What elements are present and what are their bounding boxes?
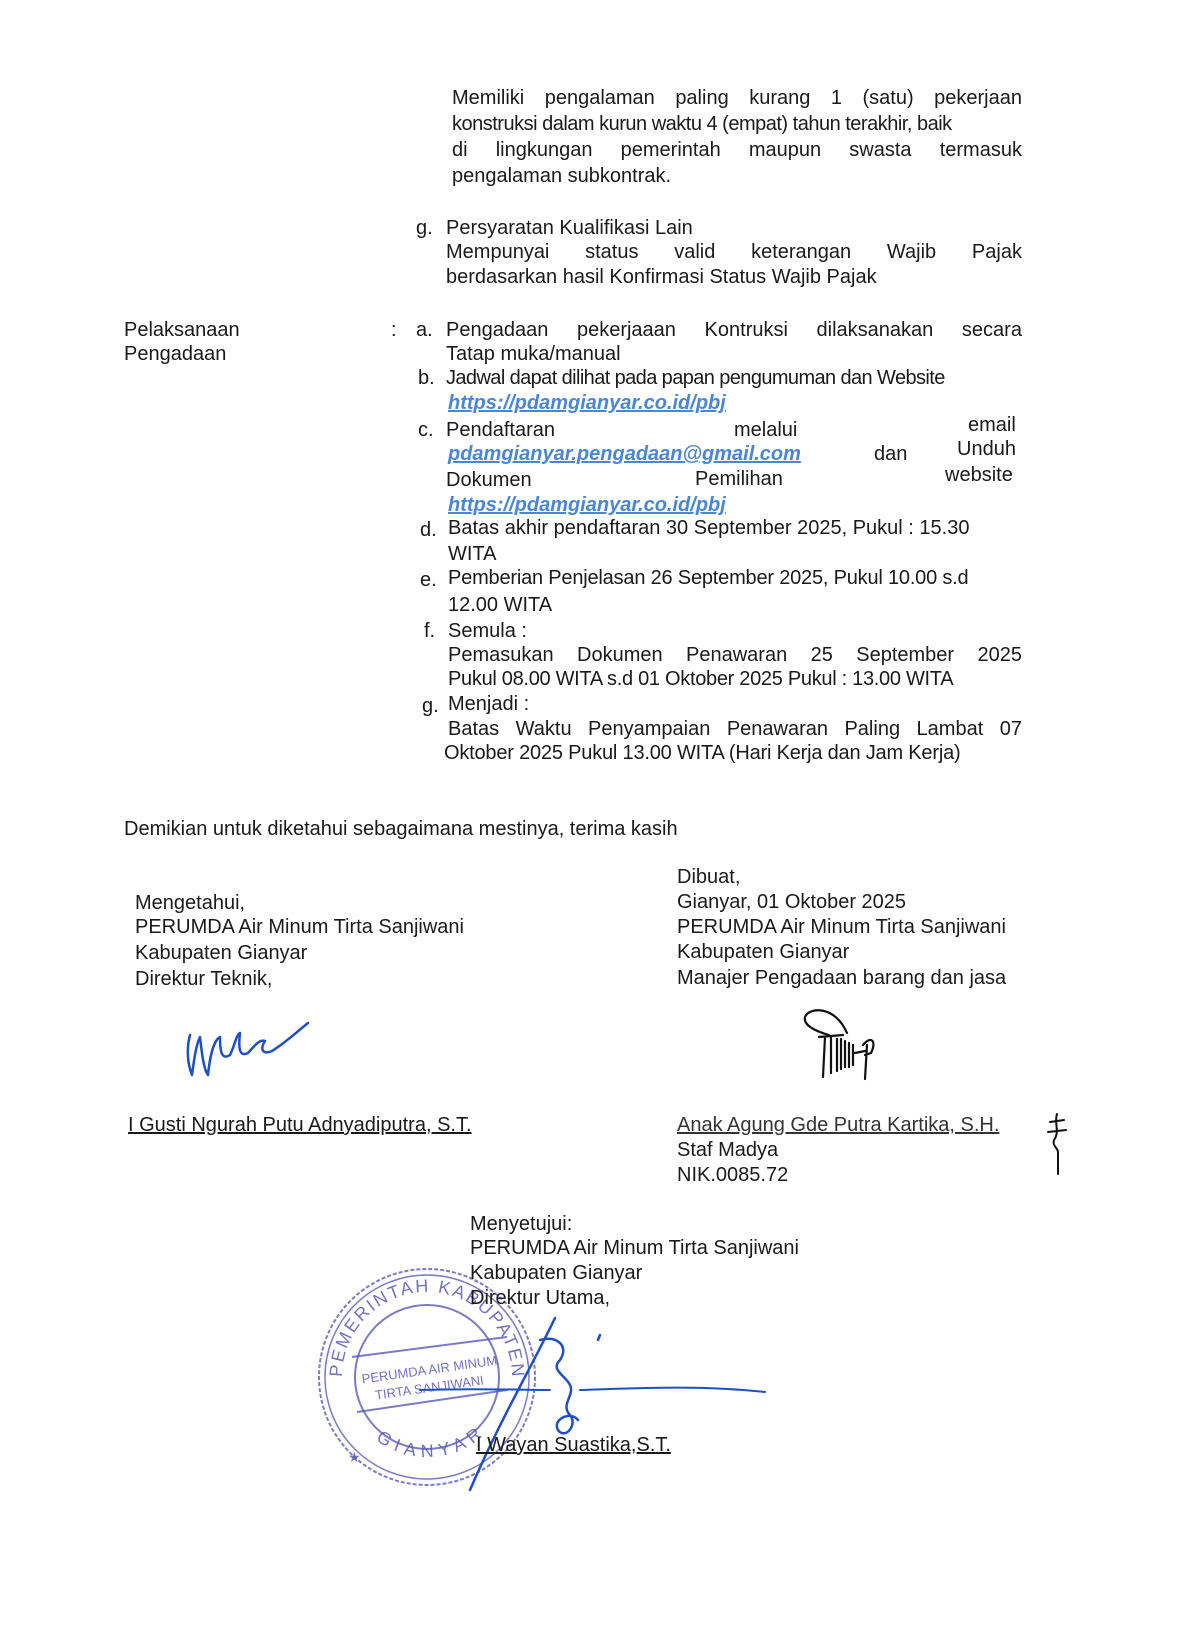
item-c-word-3: email [968, 413, 1016, 437]
signatory-name: Anak Agung Gde Putra Kartika, S.H. [677, 1113, 999, 1137]
word: Pemasukan [448, 643, 554, 667]
signatory-role: Mengetahui, [135, 891, 245, 915]
word: Mempunyai [446, 240, 549, 264]
experience-line-2: konstruksi dalam kurun waktu 4 (empat) t… [452, 112, 952, 136]
signatory-org: PERUMDA Air Minum Tirta Sanjiwani [677, 915, 1006, 939]
word: pemerintah [621, 138, 721, 162]
section-label-line-1: Pelaksanaan [124, 318, 240, 342]
item-g-line-2: Oktober 2025 Pukul 13.00 WITA (Hari Kerj… [444, 741, 960, 765]
word: pekerjaaan [577, 318, 676, 342]
signatory-name: I Gusti Ngurah Putu Adnyadiputra, S.T. [128, 1113, 472, 1137]
closing-statement: Demikian untuk diketahui sebagaimana mes… [124, 817, 678, 841]
word: secara [962, 318, 1022, 342]
word: Memiliki [452, 86, 524, 110]
signatory-region: Kabupaten Gianyar [677, 940, 849, 964]
word: Penawaran [727, 717, 828, 741]
signatory-nik: NIK.0085.72 [677, 1163, 788, 1187]
word: maupun [749, 138, 821, 162]
signatory-position: Direktur Utama, [470, 1286, 610, 1310]
signatory-org: PERUMDA Air Minum Tirta Sanjiwani [135, 915, 464, 939]
signature-right [795, 1005, 905, 1085]
word: pekerjaan [934, 86, 1022, 110]
word: 1 [831, 86, 842, 110]
item-b-line-1: Jadwal dapat dilihat pada papan pengumum… [446, 366, 945, 390]
word: valid [674, 240, 715, 264]
word: Pengadaan [446, 318, 548, 342]
experience-line-4: pengalaman subkontrak. [452, 164, 671, 188]
word: keterangan [751, 240, 851, 264]
list-marker: d. [420, 518, 437, 542]
item-c-word-7: Pemilihan [695, 467, 783, 491]
item-f-title: Semula : [448, 619, 527, 643]
signatory-name: I Wayan Suastika,S.T. [476, 1433, 671, 1457]
signatory-rank: Staf Madya [677, 1138, 778, 1162]
word: paling [675, 86, 728, 110]
experience-line-3: di lingkungan pemerintah maupun swasta t… [452, 138, 1022, 162]
list-marker: c. [418, 418, 434, 442]
item-f-line-2: Pukul 08.00 WITA s.d 01 Oktober 2025 Puk… [448, 667, 953, 691]
signatory-role: Menyetujui: [470, 1212, 572, 1236]
list-marker: f. [424, 619, 435, 643]
word: Paling [844, 717, 900, 741]
word: di [452, 138, 468, 162]
item-f-line-1: Pemasukan Dokumen Penawaran 25 September… [448, 643, 1022, 667]
item-g-line-1: Batas Waktu Penyampaian Penawaran Paling… [448, 717, 1022, 741]
stamp-star-icon: ★ [348, 1449, 361, 1465]
word: dilaksanakan [817, 318, 934, 342]
qualification-line-1: Mempunyai status valid keterangan Wajib … [446, 240, 1022, 264]
website-link[interactable]: https://pdamgianyar.co.id/pbj [448, 493, 726, 517]
item-c-word-5: Unduh [957, 437, 1016, 461]
signature-left [180, 1015, 320, 1085]
item-c-word-6: Dokumen [446, 468, 532, 492]
qualification-title: Persyaratan Kualifikasi Lain [446, 216, 693, 240]
word: kurang [749, 86, 810, 110]
word: (satu) [862, 86, 913, 110]
word: Penyampaian [588, 717, 710, 741]
word: Dokumen [577, 643, 663, 667]
word: Penawaran [686, 643, 787, 667]
item-c-word-4: dan [874, 442, 907, 466]
signatory-place-date: Gianyar, 01 Oktober 2025 [677, 890, 906, 914]
word: swasta [849, 138, 911, 162]
word: termasuk [940, 138, 1022, 162]
item-g-title: Menjadi : [448, 692, 529, 716]
signatory-role: Dibuat, [677, 865, 740, 889]
list-marker: b. [418, 366, 435, 390]
section-colon: : [391, 318, 397, 342]
signature-bottom [420, 1310, 780, 1500]
word: Pajak [972, 240, 1022, 264]
list-marker: e. [420, 568, 437, 592]
word: Lambat [917, 717, 984, 741]
experience-line-1: Memiliki pengalaman paling kurang 1 (sat… [452, 86, 1022, 110]
email-link[interactable]: pdamgianyar.pengadaan@gmail.com [448, 442, 801, 466]
word: Waktu [516, 717, 572, 741]
website-link[interactable]: https://pdamgianyar.co.id/pbj [448, 391, 726, 415]
signatory-region: Kabupaten Gianyar [470, 1261, 642, 1285]
signatory-region: Kabupaten Gianyar [135, 941, 307, 965]
item-c-word-1: Pendaftaran [446, 418, 555, 442]
word: Batas [448, 717, 499, 741]
word: lingkungan [496, 138, 593, 162]
item-d-line-2: WITA [448, 542, 497, 566]
item-a-line-1: Pengadaan pekerjaaan Kontruksi dilaksana… [446, 318, 1022, 342]
signatory-position: Manajer Pengadaan barang dan jasa [677, 966, 1006, 990]
list-marker: g. [416, 216, 433, 240]
word: 07 [1000, 717, 1022, 741]
word: September [856, 643, 954, 667]
item-e-line-1: Pemberian Penjelasan 26 September 2025, … [448, 566, 968, 590]
section-label-line-2: Pengadaan [124, 342, 226, 366]
item-e-line-2: 12.00 WITA [448, 593, 552, 617]
qualification-line-2: berdasarkan hasil Konfirmasi Status Waji… [446, 265, 877, 289]
list-marker: g. [422, 694, 439, 718]
signatory-org: PERUMDA Air Minum Tirta Sanjiwani [470, 1236, 799, 1260]
item-c-word-8: website [945, 463, 1013, 487]
word: 2025 [977, 643, 1022, 667]
item-c-word-2: melalui [734, 418, 797, 442]
signatory-position: Direktur Teknik, [135, 967, 272, 991]
word: pengalaman [545, 86, 655, 110]
word: Wajib [887, 240, 936, 264]
list-marker: a. [416, 318, 433, 342]
initial-mark [1042, 1112, 1072, 1176]
item-a-line-2: Tatap muka/manual [446, 342, 621, 366]
word: 25 [811, 643, 833, 667]
word: Kontruksi [705, 318, 788, 342]
item-d-line-1: Batas akhir pendaftaran 30 September 202… [448, 516, 969, 540]
word: status [585, 240, 638, 264]
